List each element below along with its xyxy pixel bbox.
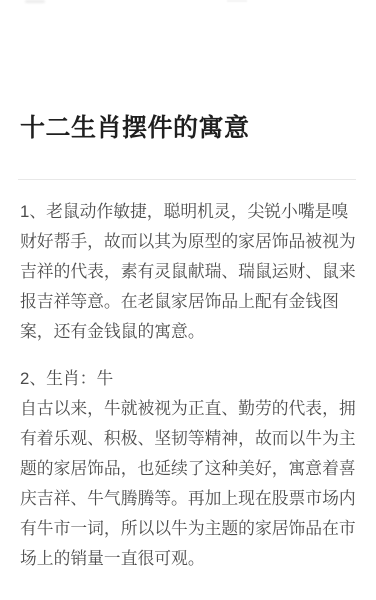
cropped-top-artifact: [25, 0, 45, 3]
article-paragraph-ox: 自古以来，牛就被视为正直、勤劳的代表，拥有着乐观、积极、坚韧等精神，故而以牛为主…: [20, 394, 356, 574]
article-paragraph-rat: 1、老鼠动作敏捷，聪明机灵，尖锐小嘴是嗅财好帮手，故而以其为原型的家居饰品被视为…: [20, 197, 356, 347]
article-content: 十二生肖摆件的寓意 1、老鼠动作敏捷，聪明机灵，尖锐小嘴是嗅财好帮手，故而以其为…: [0, 0, 376, 574]
page-title: 十二生肖摆件的寓意: [20, 0, 356, 147]
article-section-ox: 2、生肖：牛 自古以来，牛就被视为正直、勤劳的代表，拥有着乐观、积极、坚韧等精神…: [20, 364, 356, 574]
cropped-top-artifact: [227, 0, 247, 2]
section-heading-ox: 2、生肖：牛: [20, 364, 356, 394]
title-divider: [18, 179, 356, 180]
article-page: 十二生肖摆件的寓意 1、老鼠动作敏捷，聪明机灵，尖锐小嘴是嗅财好帮手，故而以其为…: [0, 0, 376, 600]
